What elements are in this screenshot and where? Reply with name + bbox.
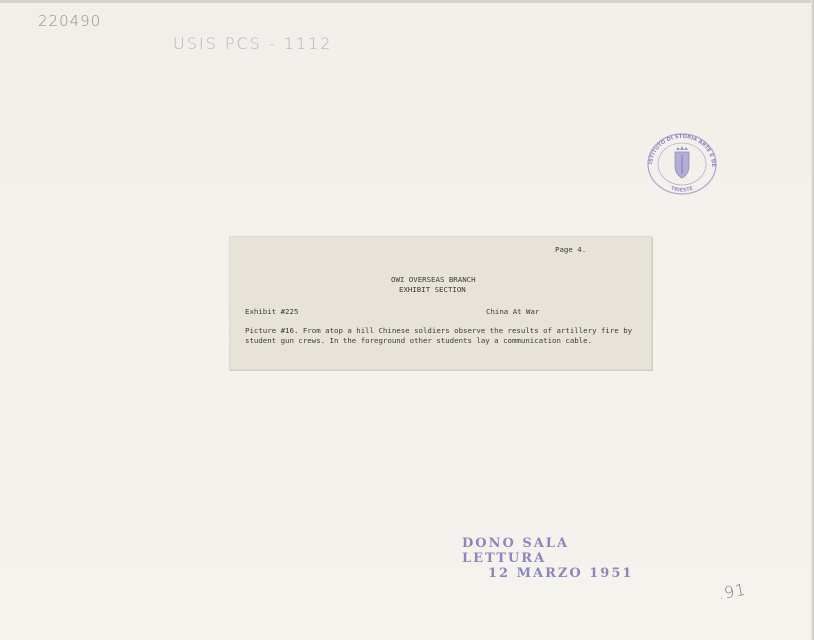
reading-room-date-stamp: DONO SALA LETTURA 12 MARZO 1951: [462, 536, 652, 581]
institution-round-stamp: ISTITUTO DI STORIA ARTE E DEL RISORGIMEN…: [642, 130, 722, 196]
picture-caption: Picture #16. From atop a hill Chinese so…: [245, 326, 645, 345]
svg-text:TRIESTE: TRIESTE: [670, 185, 694, 193]
caption-card: Page 4. OWI OVERSEAS BRANCH EXHIBIT SECT…: [229, 236, 652, 370]
photo-back-sheet: 220490 USIS PCS - 1112 ISTITUTO DI STORI…: [0, 0, 814, 640]
handwritten-corner-number: .91: [717, 580, 748, 604]
page-number: Page 4.: [555, 245, 586, 254]
date-stamp-line2: 12 MARZO 1951: [462, 566, 652, 581]
card-header-section: EXHIBIT SECTION: [399, 285, 466, 294]
coat-of-arms-icon: [675, 146, 689, 178]
top-edge: [0, 0, 814, 3]
handwritten-catalog-id: 220490: [38, 12, 101, 30]
round-stamp-icon: ISTITUTO DI STORIA ARTE E DEL RISORGIMEN…: [642, 130, 722, 196]
card-header-branch: OWI OVERSEAS BRANCH: [391, 275, 476, 284]
handwritten-reference: USIS PCS - 1112: [173, 34, 332, 53]
date-stamp-line1: DONO SALA LETTURA: [462, 536, 652, 566]
exhibit-topic: China At War: [486, 307, 539, 316]
exhibit-number: Exhibit #225: [245, 307, 298, 316]
